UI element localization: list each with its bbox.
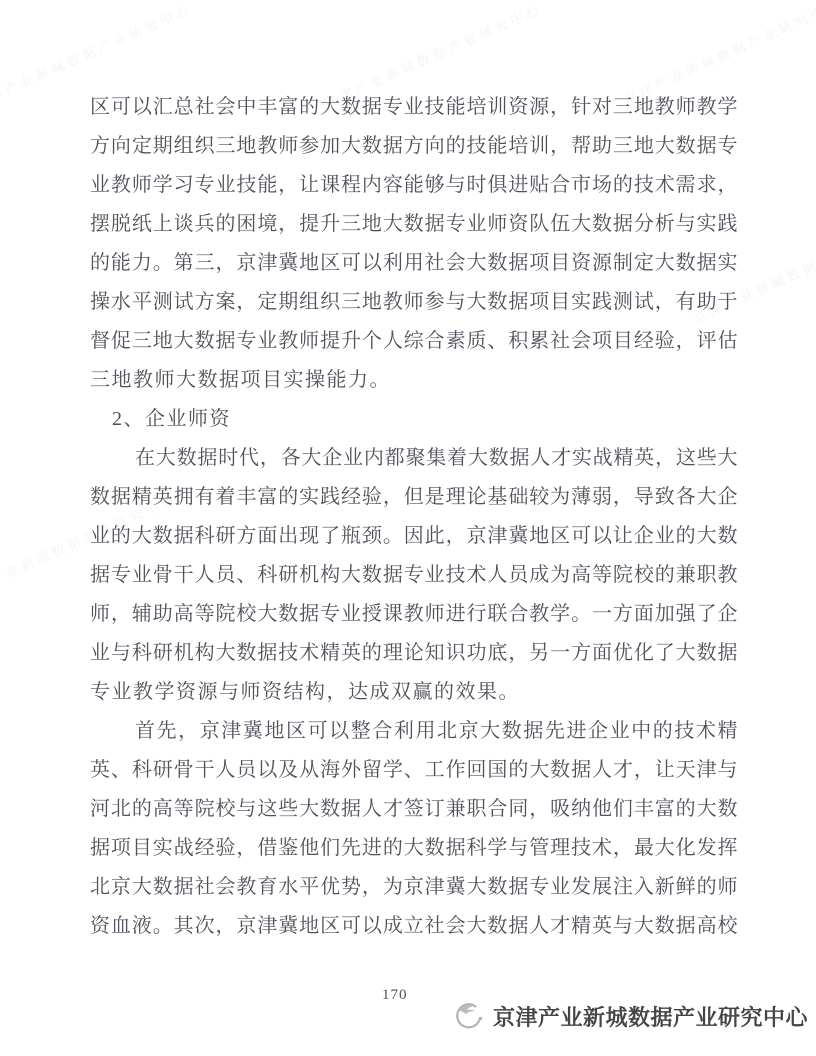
document-page: 京津产业新城数据产业研究中心 京津产业新城数据产业研究中心 京津产业新城数据产业…	[0, 0, 816, 1056]
research-center-logo: 京津产业新城数据产业研究中心	[449, 996, 808, 1036]
text-line: 英、科研骨干人员以及从海外留学、工作回国的大数据人才，让天津与	[90, 751, 738, 790]
text-line: 区可以汇总社会中丰富的大数据专业技能培训资源，针对三地教师教学	[90, 88, 738, 127]
text-line: 数据精英拥有着丰富的实践经验，但是理论基础较为薄弱，导致各大企	[90, 478, 738, 517]
swirl-globe-logo-icon	[449, 996, 489, 1036]
text-line: 方向定期组织三地教师参加大数据方向的技能培训，帮助三地大数据专	[90, 127, 738, 166]
text-line: 业与科研机构大数据技术精英的理论知识功底，另一方面优化了大数据	[90, 634, 738, 673]
text-line: 河北的高等院校与这些大数据人才签订兼职合同，吸纳他们丰富的大数	[90, 790, 738, 829]
text-line: 首先，京津冀地区可以整合利用北京大数据先进企业中的技术精	[90, 712, 738, 751]
text-line: 专业教学资源与师资结构，达成双赢的效果。	[90, 673, 738, 712]
text-line: 据专业骨干人员、科研机构大数据专业技术人员成为高等院校的兼职教	[90, 556, 738, 595]
text-line: 操水平测试方案，定期组织三地教师参与大数据项目实践测试，有助于	[90, 283, 738, 322]
text-line: 的能力。第三，京津冀地区可以利用社会大数据项目资源制定大数据实	[90, 244, 738, 283]
text-line: 资血液。其次，京津冀地区可以成立社会大数据人才精英与大数据高校	[90, 907, 738, 946]
text-line: 师，辅助高等院校大数据专业授课教师进行联合教学。一方面加强了企	[90, 595, 738, 634]
text-line: 据项目实战经验，借鉴他们先进的大数据科学与管理技术，最大化发挥	[90, 829, 738, 868]
text-line: 三地教师大数据项目实操能力。	[90, 361, 738, 400]
text-line: 督促三地大数据专业教师提升个人综合素质、积累社会项目经验，评估	[90, 322, 738, 361]
text-line: 2、企业师资	[90, 400, 738, 439]
text-line: 业教师学习专业技能，让课程内容能够与时俱进贴合市场的技术需求，	[90, 166, 738, 205]
text-line: 摆脱纸上谈兵的困境，提升三地大数据专业师资队伍大数据分析与实践	[90, 205, 738, 244]
research-center-logo-text: 京津产业新城数据产业研究中心	[493, 1001, 808, 1032]
text-line: 业的大数据科研方面出现了瓶颈。因此，京津冀地区可以让企业的大数	[90, 517, 738, 556]
text-line: 在大数据时代，各大企业内都聚集着大数据人才实战精英，这些大	[90, 439, 738, 478]
text-line: 北京大数据社会教育水平优势，为京津冀大数据专业发展注入新鲜的师	[90, 868, 738, 907]
page-number: 170	[382, 987, 408, 1004]
body-text: 区可以汇总社会中丰富的大数据专业技能培训资源，针对三地教师教学方向定期组织三地教…	[90, 88, 738, 946]
